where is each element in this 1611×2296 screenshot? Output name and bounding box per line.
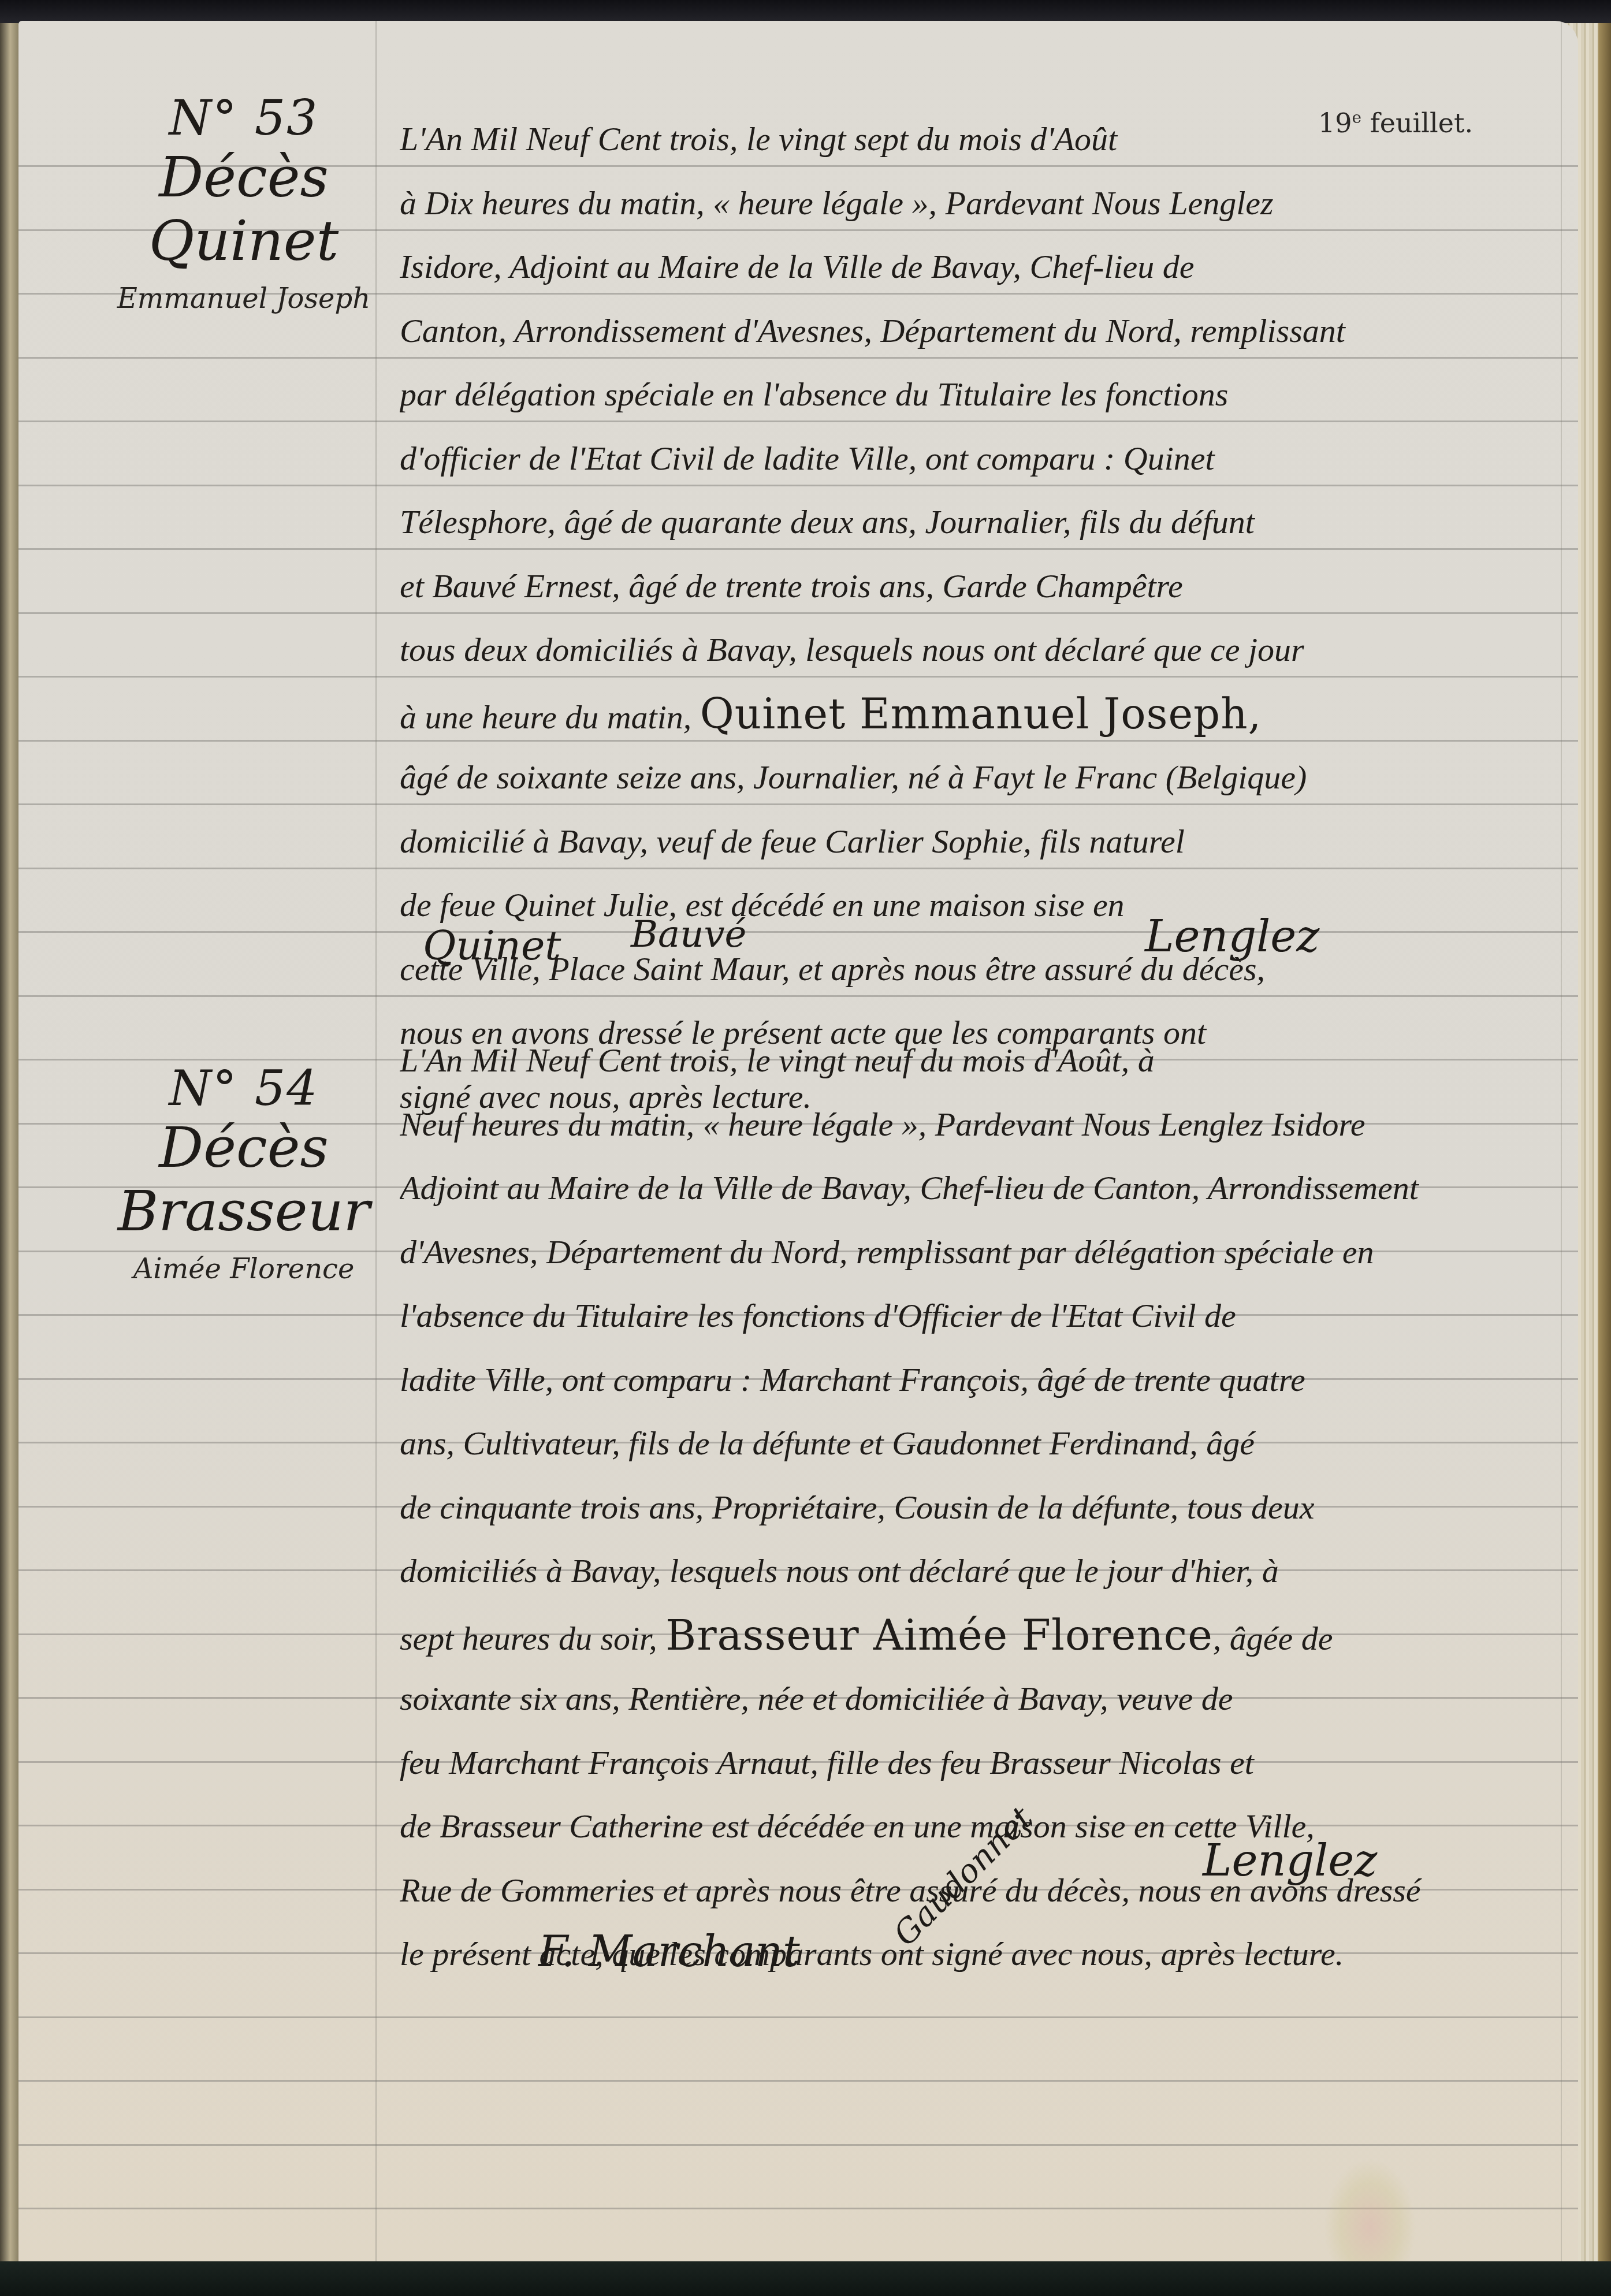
- text-segment: Isidore, Adjoint au Maire de la Ville de…: [400, 248, 1195, 285]
- text-segment: l'absence du Titulaire les fonctions d'O…: [400, 1297, 1236, 1334]
- text-segment: à Dix heures du matin, « heure légale »,…: [400, 184, 1274, 222]
- entry-text-line: de cinquante trois ans, Propriétaire, Co…: [400, 1476, 1561, 1540]
- text-segment: d'Avesnes, Département du Nord, rempliss…: [400, 1233, 1374, 1271]
- entry-type: Décès: [111, 146, 377, 209]
- text-segment: L'An Mil Neuf Cent trois, le vingt sept …: [400, 120, 1117, 158]
- entry-text-line: d'Avesnes, Département du Nord, rempliss…: [400, 1220, 1561, 1285]
- deceased-given-names: Aimée Florence: [111, 1243, 377, 1295]
- entry-text-line: Canton, Arrondissement d'Avesnes, Départ…: [400, 299, 1561, 363]
- entry-53-body: L'An Mil Neuf Cent trois, le vingt sept …: [400, 107, 1561, 1129]
- text-segment: de Brasseur Catherine est décédée en une…: [400, 1807, 1315, 1845]
- text-segment: d'officier de l'Etat Civil de ladite Vil…: [400, 440, 1215, 477]
- entry-text-line: et Bauvé Ernest, âgé de trente trois ans…: [400, 555, 1561, 619]
- signature-marchant: F. Marchant: [538, 1927, 800, 1977]
- text-segment: , âgée de: [1213, 1620, 1333, 1657]
- deceased-surname: Brasseur: [111, 1179, 377, 1243]
- deceased-name-emphasis: Quinet Emmanuel Joseph,: [700, 690, 1262, 738]
- deceased-name-emphasis: Brasseur Aimée Florence: [665, 1611, 1213, 1659]
- entry-text-line: d'officier de l'Etat Civil de ladite Vil…: [400, 427, 1561, 491]
- text-segment: ans, Cultivateur, fils de la défunte et …: [400, 1424, 1255, 1462]
- entry-53-margin: N° 53 Décès Quinet Emmanuel Joseph: [111, 90, 377, 325]
- signature-lenglez: Lenglez: [1145, 910, 1319, 962]
- text-segment: et Bauvé Ernest, âgé de trente trois ans…: [400, 567, 1183, 605]
- entry-text-line: l'absence du Titulaire les fonctions d'O…: [400, 1284, 1561, 1348]
- entry-text-line: âgé de soixante seize ans, Journalier, n…: [400, 746, 1561, 810]
- entry-text-line: Neuf heures du matin, « heure légale », …: [400, 1093, 1561, 1157]
- register-page: 19e feuillet. N° 53 Décès Quinet Emmanue…: [18, 21, 1578, 2268]
- entry-number: N° 54: [111, 1060, 377, 1116]
- entry-text-line: soixante six ans, Rentière, née et domic…: [400, 1667, 1561, 1731]
- text-segment: feu Marchant François Arnaut, fille des …: [400, 1744, 1254, 1781]
- text-segment: âgé de soixante seize ans, Journalier, n…: [400, 758, 1307, 796]
- entry-text-line: Isidore, Adjoint au Maire de la Ville de…: [400, 235, 1561, 299]
- text-segment: Adjoint au Maire de la Ville de Bavay, C…: [400, 1169, 1419, 1207]
- entry-text-line: par délégation spéciale en l'absence du …: [400, 363, 1561, 427]
- entry-text-line: domicilié à Bavay, veuf de feue Carlier …: [400, 810, 1561, 874]
- signature-quinet: Quinet: [423, 922, 561, 969]
- page-left-edge: [0, 23, 18, 2276]
- entry-text-line: sept heures du soir, Brasseur Aimée Flor…: [400, 1603, 1561, 1668]
- deceased-given-names: Emmanuel Joseph: [111, 273, 377, 325]
- text-segment: Télesphore, âgé de quarante deux ans, Jo…: [400, 503, 1255, 541]
- deceased-surname: Quinet: [111, 209, 377, 273]
- paper-stain: [1324, 2158, 1416, 2268]
- entry-text-line: domiciliés à Bavay, lesquels nous ont dé…: [400, 1539, 1561, 1603]
- text-segment: domiciliés à Bavay, lesquels nous ont dé…: [400, 1552, 1279, 1590]
- entry-54-margin: N° 54 Décès Brasseur Aimée Florence: [111, 1060, 377, 1295]
- entry-text-line: L'An Mil Neuf Cent trois, le vingt sept …: [400, 107, 1561, 172]
- entry-number: N° 53: [111, 90, 377, 146]
- entry-text-line: ladite Ville, ont comparu : Marchant Fra…: [400, 1348, 1561, 1412]
- entry-text-line: Adjoint au Maire de la Ville de Bavay, C…: [400, 1156, 1561, 1220]
- entry-text-line: feu Marchant François Arnaut, fille des …: [400, 1731, 1561, 1795]
- entry-text-line: ans, Cultivateur, fils de la défunte et …: [400, 1412, 1561, 1476]
- entry-text-line: tous deux domiciliés à Bavay, lesquels n…: [400, 618, 1561, 682]
- text-segment: de cinquante trois ans, Propriétaire, Co…: [400, 1489, 1315, 1526]
- ruled-line: [18, 2144, 1578, 2146]
- book-binding-bottom: [0, 2261, 1611, 2296]
- signature-bauve: Bauvé: [631, 913, 746, 956]
- text-segment: tous deux domiciliés à Bavay, lesquels n…: [400, 631, 1304, 668]
- ruled-line: [18, 2080, 1578, 2082]
- text-segment: ladite Ville, ont comparu : Marchant Fra…: [400, 1361, 1305, 1398]
- entry-text-line: à Dix heures du matin, « heure légale »,…: [400, 172, 1561, 236]
- entry-text-line: à une heure du matin, Quinet Emmanuel Jo…: [400, 682, 1561, 746]
- entry-text-line: L'An Mil Neuf Cent trois, le vingt neuf …: [400, 1029, 1561, 1093]
- entry-text-line: de feue Quinet Julie, est décédé en une …: [400, 873, 1561, 937]
- signature-lenglez: Lenglez: [1203, 1834, 1377, 1886]
- text-segment: à une heure du matin,: [400, 698, 700, 736]
- text-segment: Neuf heures du matin, « heure légale », …: [400, 1106, 1366, 1143]
- text-segment: domicilié à Bavay, veuf de feue Carlier …: [400, 823, 1185, 860]
- text-segment: par délégation spéciale en l'absence du …: [400, 375, 1228, 413]
- text-segment: soixante six ans, Rentière, née et domic…: [400, 1680, 1233, 1717]
- entry-text-line: Télesphore, âgé de quarante deux ans, Jo…: [400, 490, 1561, 555]
- text-segment: Canton, Arrondissement d'Avesnes, Départ…: [400, 312, 1345, 349]
- entry-text-line: cette Ville, Place Saint Maur, et après …: [400, 937, 1561, 1002]
- text-segment: L'An Mil Neuf Cent trois, le vingt neuf …: [400, 1041, 1155, 1079]
- ruled-line: [18, 2016, 1578, 2018]
- text-segment: de feue Quinet Julie, est décédé en une …: [400, 886, 1125, 924]
- entry-type: Décès: [111, 1116, 377, 1179]
- text-segment: sept heures du soir,: [400, 1620, 665, 1657]
